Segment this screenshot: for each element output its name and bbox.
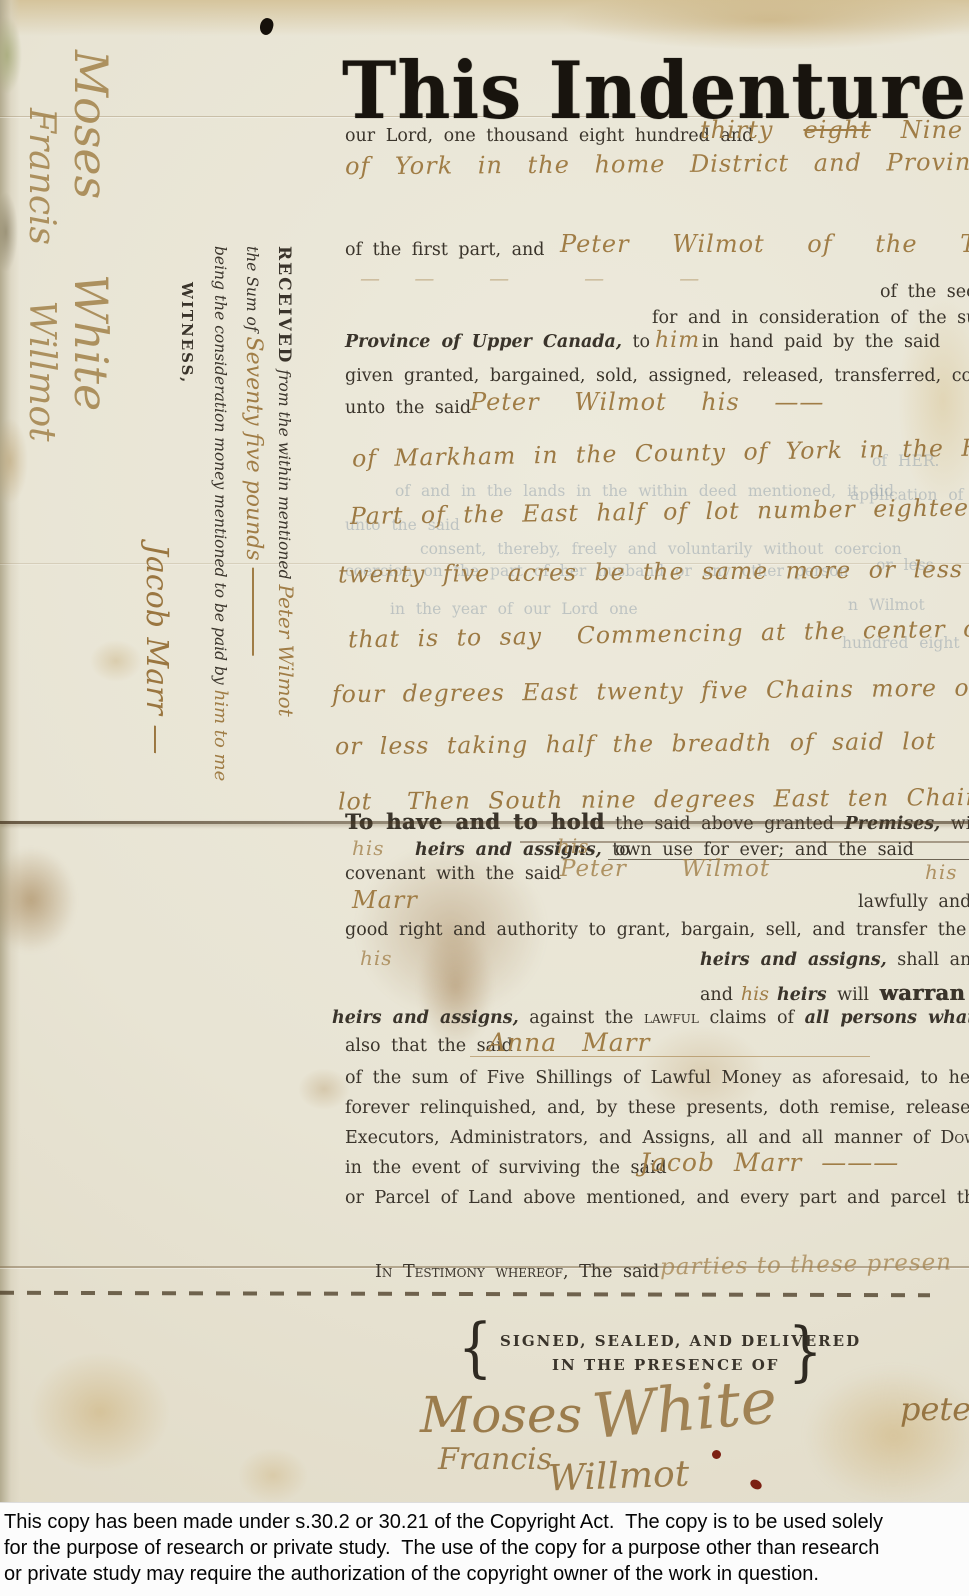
his-handwritten: his — [352, 836, 385, 860]
granting-words-line: given granted, bargained, sold, assigned… — [345, 366, 969, 386]
hw-eight-struck: eight — [803, 116, 870, 144]
good-right-line: good right and authority to grant, barga… — [345, 920, 969, 940]
executors-line: Executors, Administrators, and Assigns, … — [345, 1128, 969, 1148]
handwritten-dashes: — — — — — — [360, 266, 713, 290]
paper-stain — [30, 1352, 170, 1472]
province-to: to — [622, 332, 650, 352]
hw-nine: Nine — [901, 116, 963, 144]
copyright-line-2: for the purpose of research or private s… — [4, 1537, 879, 1560]
his-handwritten: his — [557, 834, 590, 858]
signature-white: White — [589, 1364, 780, 1453]
lawfully-and-line: lawfully and — [858, 892, 969, 912]
margin-signature-moses-white: Moses White — [64, 50, 118, 570]
habendum-text-b: with all the — [940, 814, 969, 834]
unto-name-handwritten: Peter Wilmot his —— — [470, 388, 824, 416]
premises-word: Premises, — [845, 814, 941, 834]
province-line: Province of Upper Canada, to — [345, 332, 650, 352]
warrant-blackletter: warran — [879, 980, 965, 1005]
show-through-text: in the year of our Lord one — [390, 600, 638, 618]
from-within-mentioned: from the within mentioned — [275, 364, 293, 584]
paper-tear — [0, 192, 18, 272]
parcel-of-land-line: or Parcel of Land above mentioned, and e… — [345, 1188, 969, 1208]
paper-stain — [298, 1068, 350, 1110]
his-handwritten: his — [741, 983, 769, 1005]
first-part-line: of the first part, and — [345, 240, 544, 260]
paid-by-handwritten: him to me — [210, 690, 231, 782]
witness-label: WITNESS, — [178, 282, 196, 738]
left-brace: { — [458, 1310, 492, 1386]
copyright-line-1: This copy has been made under s.30.2 or … — [4, 1511, 883, 1534]
anna-marr-handwritten: Anna Marr — [488, 1028, 651, 1057]
handwritten-underline — [470, 1056, 870, 1057]
signature-willmot: Willmot — [547, 1454, 690, 1500]
fold-tear-line — [0, 821, 969, 824]
testimony-line: In Testimony whereof, The said — [375, 1262, 659, 1282]
place-line-handwritten: of York in the home District and Provinc… — [345, 148, 969, 181]
against-the-text: against the — [519, 1008, 644, 1028]
shall-line: heirs and assigns, shall and m — [700, 950, 969, 970]
warrant-line: andhisheirs will warran — [700, 980, 965, 1005]
dower-smallcaps: Dower — [940, 1128, 969, 1148]
hw-thirty: thirty — [700, 116, 773, 144]
paper-stain — [0, 16, 22, 94]
lawful-claims-line: heirs and assigns, against the lawful cl… — [332, 1008, 969, 1028]
will-word: will — [827, 985, 880, 1005]
red-ink-blot — [749, 1478, 764, 1492]
signed-sealed-delivered-line: SIGNED, SEALED, AND DELIVERED — [500, 1332, 861, 1350]
heirs-word: heirs — [777, 985, 827, 1005]
consideration-money-line: being the consideration money mentioned … — [210, 246, 231, 738]
province-of-upper-canada: Province of Upper Canada, — [345, 332, 622, 352]
jacob-marr-handwritten: Jacob Marr ——— — [640, 1148, 899, 1177]
paper-stain — [238, 1448, 308, 1503]
lawful-smallcaps: lawful — [644, 1008, 699, 1028]
payer-name-handwritten: Peter Wilmot — [274, 584, 298, 716]
paper-stain — [806, 1368, 969, 1503]
grantee-name-handwritten: Peter Wilmot of the Tow — [560, 230, 969, 258]
five-shillings-line: of the sum of Five Shillings of Lawful M… — [345, 1068, 969, 1088]
signature-peter: peter — [900, 1390, 969, 1428]
testimony-handwritten: parties to these presen — [660, 1249, 953, 1280]
shall-and-text: shall and m — [887, 950, 969, 970]
red-ink-blot — [712, 1450, 721, 1459]
right-brace: } — [788, 1314, 822, 1390]
forever-relinquished-line: forever relinquished, and, by these pres… — [345, 1098, 969, 1118]
description-line: twenty five acres be the same more or le… — [338, 554, 969, 589]
heirs-and-assigns: heirs and assigns, — [332, 1008, 519, 1028]
received-line: RECEIVED from the within mentioned Peter… — [274, 246, 298, 738]
signature-moses: Moses — [420, 1386, 582, 1444]
the-sum-of: the Sum of — [243, 246, 261, 337]
habendum-text-a: the said above granted — [605, 814, 845, 834]
year-line-printed: our Lord, one thousand eight hundred and — [345, 126, 753, 146]
all-persons-whatever: all persons whatever — [805, 1008, 969, 1028]
being-consideration-text: being the consideration money mentioned … — [211, 246, 229, 690]
received-word: RECEIVED — [274, 246, 294, 364]
scanned-indenture-document: of and in the lands in the within deed m… — [0, 0, 969, 1596]
and-word: and — [700, 985, 733, 1005]
second-part-line: of the sec — [880, 282, 969, 302]
year-handwritten: thirtyeightNine — [700, 116, 963, 144]
unto-the-said-line: unto the said — [345, 398, 471, 418]
show-through-text: n Wilmot — [848, 596, 925, 614]
paper-stain — [560, 0, 969, 50]
signature-francis: Francis — [438, 1442, 552, 1477]
paper-stain — [90, 640, 142, 682]
description-line: or less taking half the breadth of said … — [335, 726, 969, 761]
his-handwritten: his — [360, 946, 393, 970]
surviving-line: in the event of surviving the said — [345, 1158, 667, 1178]
copyright-line-3: or private study may require the authori… — [4, 1563, 819, 1586]
the-said-text: The said — [569, 1262, 660, 1282]
in-testimony-whereof: In Testimony whereof, — [375, 1262, 569, 1282]
marr-handwritten: Marr — [352, 886, 418, 914]
description-line: four degrees East twenty five Chains mor… — [332, 672, 969, 709]
sum-line: the Sum of Seventy five pounds ———— — [241, 246, 266, 738]
sum-struck-out: ———— — [241, 568, 266, 656]
executors-text-a: Executors, Administrators, and Assigns, … — [345, 1128, 940, 1148]
covenant-name-handwritten: Peter Wilmot — [560, 856, 770, 882]
in-hand-paid-line: in hand paid by the said — [702, 332, 940, 352]
his-handwritten: his — [925, 860, 958, 884]
sum-handwritten: Seventy five pounds — [241, 337, 266, 568]
stitched-fold-line — [0, 1291, 930, 1297]
consideration-line: for and in consideration of the sum — [652, 308, 969, 328]
paper-stain — [418, 924, 493, 1049]
witness-signature-handwritten: Jacob Marr — — [139, 544, 174, 738]
heirs-and-assigns: heirs and assigns, — [700, 950, 887, 970]
received-endorsement-rotated: RECEIVED from the within mentioned Peter… — [139, 246, 300, 738]
him-handwritten: him — [655, 328, 700, 353]
copyright-notice-band: This copy has been made under s.30.2 or … — [0, 1502, 969, 1596]
covenant-line: covenant with the said — [345, 864, 561, 884]
margin-signature-francis-willmot: Francis Willmot — [21, 108, 62, 608]
paper-stain — [0, 848, 76, 952]
claims-of-text: claims of — [699, 1008, 805, 1028]
